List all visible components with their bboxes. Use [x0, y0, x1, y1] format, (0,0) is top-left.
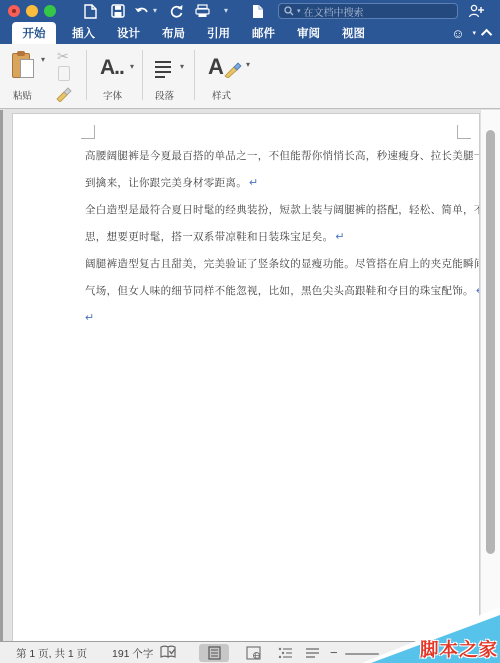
- margin-cropmark-topright: [457, 125, 471, 139]
- feedback-smiley-icon[interactable]: ☺: [451, 26, 464, 41]
- font-icon: A..: [100, 56, 124, 80]
- text-line: 到擒来，让你跟完美身材零距离。↵: [85, 170, 470, 197]
- format-painter-icon[interactable]: [55, 86, 73, 107]
- redo-button[interactable]: [168, 3, 184, 19]
- title-bar: ▾ ▾ ▾ 在文档中搜索: [0, 0, 500, 22]
- tab-layout[interactable]: 布局: [152, 22, 195, 44]
- paragraph-mark: ↵: [85, 312, 95, 324]
- document-text[interactable]: 高腰阔腿裤是今夏最百搭的单品之一，不但能帮你悄悄长高，秒速瘦身、拉长美腿一样手 …: [85, 143, 470, 332]
- close-button[interactable]: [8, 5, 20, 17]
- page-indicator[interactable]: 第 1 页, 共 1 页: [16, 646, 87, 661]
- tab-mailings[interactable]: 邮件: [242, 22, 285, 44]
- paragraph-mark: ↵: [249, 177, 259, 189]
- tab-home[interactable]: 开始: [12, 22, 56, 44]
- vertical-scrollbar[interactable]: [480, 110, 500, 641]
- clipboard-tools: ✂: [55, 48, 75, 106]
- word-count[interactable]: 191 个字: [112, 646, 153, 661]
- tab-references[interactable]: 引用: [197, 22, 240, 44]
- ribbon: ▾ 粘贴 ✂ A.. ▾ 字体 ▾ 段落 A: [0, 44, 500, 109]
- cut-icon[interactable]: ✂: [57, 48, 69, 65]
- tab-design[interactable]: 设计: [107, 22, 150, 44]
- text-line: ↵: [85, 305, 470, 332]
- text-line: 思，想要更时髦，搭一双系带凉鞋和日装珠宝足矣。↵: [85, 224, 470, 251]
- watermark-url: jb51.net: [435, 614, 472, 626]
- search-scope-chevron-icon: ▾: [297, 7, 301, 15]
- text-line: 气场，但女人味的细节同样不能忽视，比如，黑色尖头高跟鞋和夺目的珠宝配饰。↵: [85, 278, 470, 305]
- watermark-name: 脚本之家: [420, 636, 498, 662]
- new-document-button[interactable]: [82, 3, 98, 19]
- minimize-button[interactable]: [26, 5, 38, 17]
- word-window: ▾ ▾ ▾ 在文档中搜索 开始 插入 设计 布局 引用 邮件 审阅 视图 ☺: [0, 0, 500, 663]
- ribbon-tabs: 开始 插入 设计 布局 引用 邮件 审阅 视图 ☺ ▾: [0, 22, 500, 44]
- web-layout-view-button[interactable]: [238, 644, 268, 662]
- site-watermark: jb51.net 脚本之家: [362, 607, 500, 663]
- outline-view-button[interactable]: [270, 644, 300, 662]
- save-button[interactable]: [110, 3, 126, 19]
- share-icon[interactable]: [468, 3, 484, 19]
- tab-insert[interactable]: 插入: [62, 22, 105, 44]
- tab-review[interactable]: 审阅: [287, 22, 330, 44]
- window-left-edge: [0, 110, 3, 641]
- copy-document-icon[interactable]: [250, 3, 266, 19]
- paragraph-mark: ↵: [335, 231, 345, 243]
- feedback-dropdown-icon[interactable]: ▾: [472, 29, 476, 37]
- tab-view[interactable]: 视图: [332, 22, 375, 44]
- styles-brush-icon: [224, 62, 242, 83]
- text-line: 高腰阔腿裤是今夏最百搭的单品之一，不但能帮你悄悄长高，秒速瘦身、拉长美腿一样手: [85, 143, 470, 170]
- spellcheck-icon[interactable]: [160, 645, 177, 663]
- copy-icon[interactable]: [58, 66, 70, 81]
- search-placeholder: 在文档中搜索: [304, 4, 364, 19]
- document-area: 高腰阔腿裤是今夏最百搭的单品之一，不但能帮你悄悄长高，秒速瘦身、拉长美腿一样手 …: [0, 110, 500, 641]
- zoom-button[interactable]: [44, 5, 56, 17]
- draft-view-button[interactable]: [297, 644, 327, 662]
- toolbar-options-icon[interactable]: ▾: [224, 7, 228, 15]
- scrollbar-thumb[interactable]: [486, 130, 495, 554]
- search-icon: [284, 6, 294, 16]
- text-line: 阔腿裤造型复古且甜美，完美验证了竖条纹的显瘦功能。尽管搭在肩上的夹克能瞬间增强: [85, 251, 470, 278]
- paste-clipboard-icon: [12, 51, 36, 81]
- text-line: 全白造型是最符合夏日时髦的经典装扮，短款上装与阔腿裤的搭配，轻松、简单，不费心: [85, 197, 470, 224]
- margin-cropmark-topleft: [81, 125, 95, 139]
- print-button[interactable]: [194, 3, 210, 19]
- zoom-out-button[interactable]: −: [330, 645, 338, 660]
- undo-button[interactable]: [134, 3, 150, 19]
- document-page[interactable]: 高腰阔腿裤是今夏最百搭的单品之一，不但能帮你悄悄长高，秒速瘦身、拉长美腿一样手 …: [12, 113, 480, 641]
- print-layout-view-button[interactable]: [199, 644, 229, 662]
- undo-dropdown-icon[interactable]: ▾: [153, 7, 157, 15]
- styles-letter-icon: A: [208, 54, 224, 80]
- paragraph-lines-icon: [152, 60, 174, 83]
- collapse-ribbon-icon[interactable]: [481, 29, 492, 40]
- search-input[interactable]: ▾ 在文档中搜索: [278, 3, 458, 19]
